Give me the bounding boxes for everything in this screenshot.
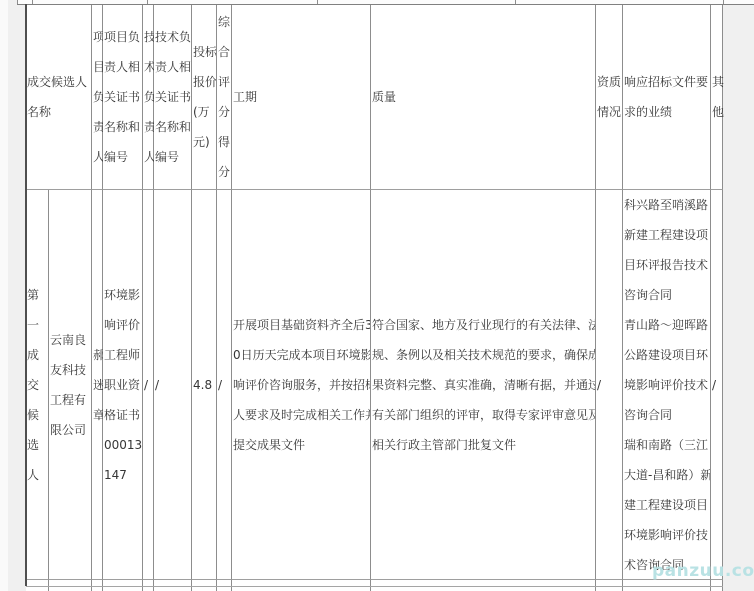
cell-qualification: / [596, 190, 623, 580]
header-tech-leader-cert: 技术负 责人相 关证书 名称和 编号 [154, 5, 192, 190]
cell-other: / [711, 190, 723, 580]
cell-company-text: 云南良 友科技 工程有 限公司 [49, 325, 86, 445]
cell-company: 云南良 友科技 工程有 限公司 [49, 190, 92, 580]
cell-tech-leader: / [143, 190, 154, 580]
header-tech-leader-cert-label: 技术负 责人相 关证书 名称和 编号 [154, 22, 191, 172]
cell-other-text: / [711, 370, 716, 400]
table-left-border [25, 4, 27, 586]
header-other-label: 其 他 [711, 67, 724, 127]
header-score-label: 综 合 评 分 得 分 [217, 7, 230, 187]
cell-project-leader: 郝 迷 章 [92, 190, 103, 580]
cell-project-leader-cert-text: 环境影 响评价 工程师 职业资 格证书 00013 147 [103, 280, 142, 490]
header-candidate-name-label: 成交候选人 名称 [26, 67, 87, 127]
header-project-leader-cert-label: 项目负 责人相 关证书 名称和 编号 [103, 22, 140, 172]
cell-duration-text: 开展项目基础资料齐全后3 0日历天完成本项目环境影 响评价咨询服务，并按招标 人… [232, 310, 371, 460]
cell-tech-leader-cert: / [154, 190, 192, 580]
header-performance-label: 响应招标文件要 求的业绩 [623, 67, 708, 127]
header-quality-label: 质量 [371, 82, 396, 112]
header-tech-leader: 技 术 负 责 人 [143, 5, 154, 190]
header-bid-price: 投标 报价 (万 元) [192, 5, 217, 190]
cell-tech-leader-text: / [143, 370, 148, 400]
cell-score: / [217, 190, 232, 580]
partial-row-divider-line [26, 586, 723, 587]
cell-quality: 符合国家、地方及行业现行的有关法律、法 规、条例以及相关技术规范的要求，确保成 … [371, 190, 596, 580]
header-duration: 工期 [232, 5, 371, 190]
header-candidate-name: 成交候选人 名称 [26, 5, 92, 190]
cell-duration: 开展项目基础资料齐全后3 0日历天完成本项目环境影 响评价咨询服务，并按招标 人… [232, 190, 371, 580]
page: 成交候选人 名称 项 目 负 责 人 项目负 责人相 关证书 名称和 编号 技 … [0, 0, 754, 591]
watermark: panzuu.com [652, 561, 754, 581]
header-other: 其 他 [711, 5, 723, 190]
cell-project-leader-cert: 环境影 响评价 工程师 职业资 格证书 00013 147 [103, 190, 143, 580]
header-project-leader-cert: 项目负 责人相 关证书 名称和 编号 [103, 5, 143, 190]
cell-rank-text: 第 一 成 交 候 选 人 [26, 280, 39, 490]
header-score: 综 合 评 分 得 分 [217, 5, 232, 190]
cell-score-text: / [217, 370, 222, 400]
cell-rank: 第 一 成 交 候 选 人 [26, 190, 49, 580]
cell-qualification-text: / [596, 370, 601, 400]
cell-performance: 科兴路至哨溪路 新建工程建设项 目环评报告技术 咨询合同 青山路～迎晖路 公路建… [623, 190, 711, 580]
cell-tech-leader-cert-text: / [154, 370, 159, 400]
header-project-leader: 项 目 负 责 人 [92, 5, 103, 190]
cell-bid-price: 4.8 [192, 190, 217, 580]
header-performance: 响应招标文件要 求的业绩 [623, 5, 711, 190]
header-bid-price-label: 投标 报价 (万 元) [192, 37, 217, 157]
header-qualification-label: 资质 情况 [596, 67, 621, 127]
header-quality: 质量 [371, 5, 596, 190]
cell-quality-text: 符合国家、地方及行业现行的有关法律、法 规、条例以及相关技术规范的要求，确保成 … [371, 310, 596, 460]
left-margin-strip [0, 0, 8, 591]
cell-performance-text: 科兴路至哨溪路 新建工程建设项 目环评报告技术 咨询合同 青山路～迎晖路 公路建… [623, 190, 711, 580]
header-qualification: 资质 情况 [596, 5, 623, 190]
header-duration-label: 工期 [232, 82, 257, 112]
cell-bid-price-text: 4.8 [192, 370, 212, 400]
